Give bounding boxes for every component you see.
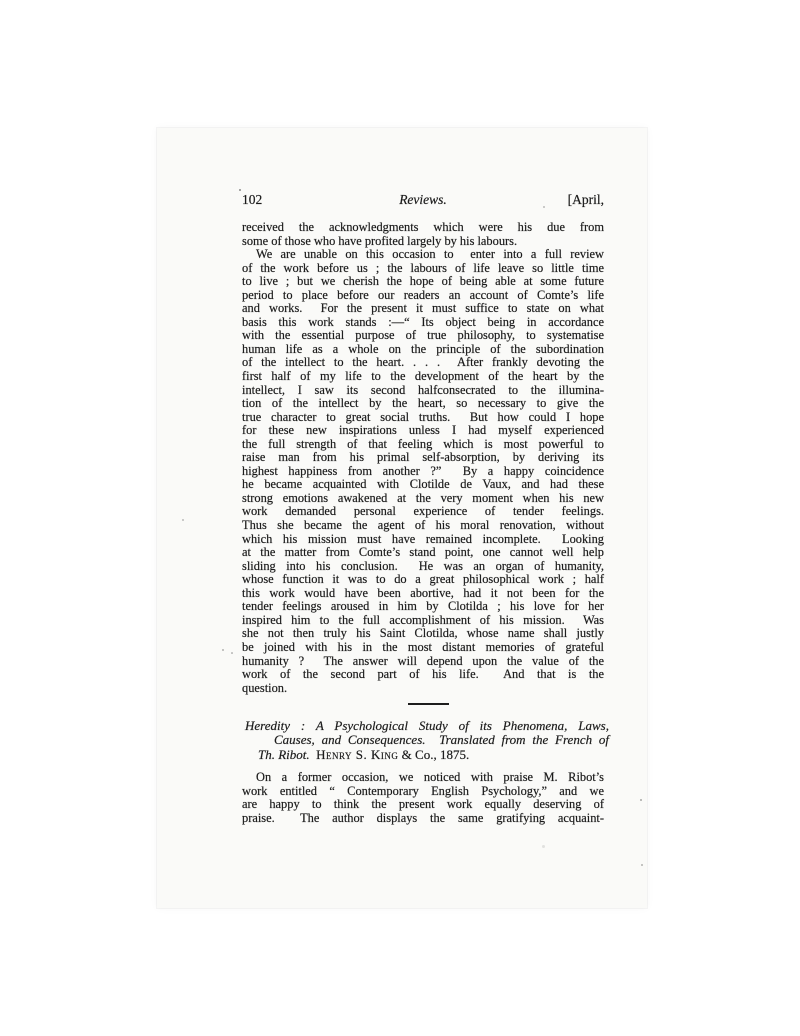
body-text-line: tender feelings aroused in him by Clotil… bbox=[242, 600, 604, 614]
body-text-line: he became acquainted with Clotilde de Va… bbox=[242, 478, 604, 492]
book-page: 102 Reviews. [April, received the acknow… bbox=[157, 128, 647, 908]
body-text-line: whose function it was to do a great phil… bbox=[242, 573, 604, 587]
heading-title-text: & Co., 1875. bbox=[398, 747, 469, 762]
body-text-line: work demanded personal experience of ten… bbox=[242, 505, 604, 519]
body-text-line: first half of my life to the development… bbox=[242, 370, 604, 384]
body-text-line: intellect, I saw its second halfconsecra… bbox=[242, 384, 604, 398]
body-text-line: raise man from his primal self-absorptio… bbox=[242, 451, 604, 465]
review-heading-line: Causes, and Consequences. Translated fro… bbox=[245, 733, 609, 747]
body-text-line: she not then truly his Saint Clotilda, w… bbox=[242, 627, 604, 641]
body-text-line: at the matter from Comte’s stand point, … bbox=[242, 546, 604, 560]
body-text-line: some of those who have profited largely … bbox=[242, 235, 604, 249]
heading-title-text: Heredity : A Psychological Study of its … bbox=[245, 718, 609, 733]
body-text-line: We are unable on this occasion to enter … bbox=[242, 248, 604, 262]
article-comte-review: received the acknowledgments which were … bbox=[242, 221, 604, 695]
body-text-line: are happy to think the present work equa… bbox=[242, 798, 604, 812]
body-text-line: which his mission must have remained inc… bbox=[242, 533, 604, 547]
body-text-line: human life as a whole on the principle o… bbox=[242, 343, 604, 357]
body-text-line: for these new inspirations unless I had … bbox=[242, 424, 604, 438]
body-text-line: and works. For the present it must suffi… bbox=[242, 302, 604, 316]
running-header: 102 Reviews. [April, bbox=[242, 192, 604, 208]
body-text-line: question. bbox=[242, 682, 604, 696]
body-text-line: to live ; but we cherish the hope of bei… bbox=[242, 275, 604, 289]
review-heading-line: Heredity : A Psychological Study of its … bbox=[245, 719, 609, 733]
heading-title-text: Th. Ribot. bbox=[258, 747, 316, 762]
scan-speck bbox=[231, 652, 233, 654]
scan-speck bbox=[182, 519, 184, 521]
body-text-line: praise. The author displays the same gra… bbox=[242, 812, 604, 826]
body-text-line: tion of the intellect by the heart, so n… bbox=[242, 397, 604, 411]
body-text-line: of the intellect to the heart. . . . Aft… bbox=[242, 356, 604, 370]
review-heading-ribot: Heredity : A Psychological Study of its … bbox=[245, 719, 609, 762]
scan-speck bbox=[641, 864, 643, 866]
body-text-line: received the acknowledgments which were … bbox=[242, 221, 604, 235]
body-text-line: basis this work stands :—“ Its object be… bbox=[242, 316, 604, 330]
body-text-line: On a former occasion, we noticed with pr… bbox=[242, 771, 604, 785]
body-text-line: this work would have been abortive, had … bbox=[242, 587, 604, 601]
scan-speck bbox=[542, 845, 545, 848]
scan-speck bbox=[543, 206, 545, 208]
running-title: Reviews. bbox=[242, 192, 604, 208]
scanned-page-canvas: 102 Reviews. [April, received the acknow… bbox=[0, 0, 800, 1036]
publisher-name: Henry S. King bbox=[316, 747, 398, 762]
review-heading-line: Th. Ribot. Henry S. King & Co., 1875. bbox=[245, 748, 609, 762]
body-text-line: sliding into his conclusion. He was an o… bbox=[242, 560, 604, 574]
body-text-line: work of the second part of his life. And… bbox=[242, 668, 604, 682]
body-text-line: Thus she became the agent of his moral r… bbox=[242, 519, 604, 533]
body-text-line: the full strength of that feeling which … bbox=[242, 438, 604, 452]
body-text-line: humanity ? The answer will depend upon t… bbox=[242, 655, 604, 669]
body-text-line: be joined with his in the most distant m… bbox=[242, 641, 604, 655]
body-text-line: true character to great social truths. B… bbox=[242, 411, 604, 425]
scan-speck bbox=[239, 189, 241, 191]
body-text-line: highest happiness from another ?” By a h… bbox=[242, 465, 604, 479]
issue-date: [April, bbox=[568, 192, 604, 208]
article-ribot-review: On a former occasion, we noticed with pr… bbox=[242, 771, 604, 825]
scan-speck bbox=[222, 649, 224, 651]
section-divider-rule bbox=[408, 703, 449, 705]
scan-speck bbox=[640, 799, 642, 801]
body-text-line: inspired him to the full accomplishment … bbox=[242, 614, 604, 628]
body-text-line: of the work before us ; the labours of l… bbox=[242, 262, 604, 276]
body-text-line: work entitled “ Contemporary English Psy… bbox=[242, 785, 604, 799]
body-text-line: period to place before our readers an ac… bbox=[242, 289, 604, 303]
heading-title-text: Causes, and Consequences. Translated fro… bbox=[274, 732, 609, 747]
body-text-line: with the essential purpose of true philo… bbox=[242, 329, 604, 343]
body-text-line: strong emotions awakened at the very mom… bbox=[242, 492, 604, 506]
